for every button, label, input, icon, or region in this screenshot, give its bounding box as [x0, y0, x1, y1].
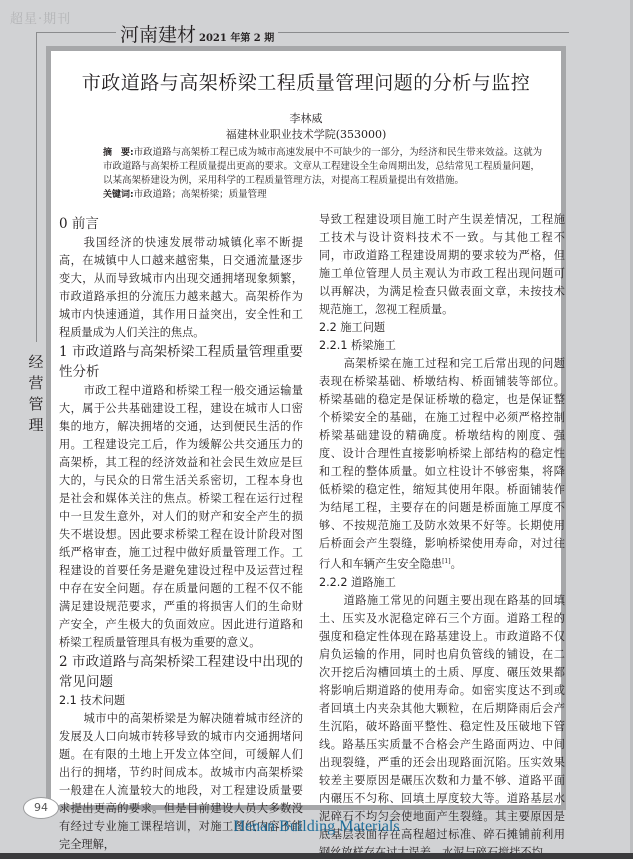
journal-header: 河南建材 2021 年第 2 期 [116, 20, 278, 47]
right-column: 导致工程建设项目施工时产生误差情况，工程施工技术与设计资料技术不一致。与其他工程… [319, 211, 565, 859]
bottom-edge [0, 853, 633, 859]
paragraph-text: 高架桥梁在施工过程和完工后常出现的问题表现在桥梁基础、桥墩结构、桥面铺装等部位。… [319, 357, 565, 571]
journal-issue: 2021 年第 2 期 [199, 29, 274, 44]
keywords-text: 市政道路；高架桥梁；质量管理 [134, 189, 267, 200]
subsection-heading-2-2-2: 2.2.2 道路施工 [319, 574, 565, 592]
paragraph: 我国经济的快速发展带动城镇化率不断提高，在城镇中人口越来越密集，日交通流量逐步变… [59, 234, 303, 342]
journal-english-title: Henan Building Materials [0, 818, 633, 836]
journal-name: 河南建材 [120, 20, 196, 47]
citation-ref[interactable]: [1] [442, 558, 451, 565]
section-side-label: 经营管理 [26, 352, 46, 436]
keywords: 关键词:市政道路；高架桥梁；质量管理 [103, 188, 543, 202]
left-column: 0 前言 我国经济的快速发展带动城镇化率不断提高，在城镇中人口越来越密集，日交通… [59, 214, 303, 854]
header-vertical-rule [36, 32, 37, 342]
article-author: 李林威 [51, 110, 561, 126]
paragraph: 高架桥梁在施工过程和完工后常出现的问题表现在桥梁基础、桥墩结构、桥面铺装等部位。… [319, 355, 565, 574]
watermark-text: 超星·期刊 [10, 8, 71, 27]
section-heading-0: 0 前言 [59, 214, 303, 234]
abstract-label: 摘 要: [103, 148, 134, 158]
abstract: 摘 要:市政道路与高架桥工程已成为城市高速发展中不可缺少的一部分，为经济和民生带… [103, 146, 543, 188]
subsection-heading-2-1: 2.1 技术问题 [59, 692, 303, 710]
section-heading-2: 2 市政道路与高架桥梁工程建设中出现的常见问题 [59, 652, 303, 692]
keywords-label: 关键词: [103, 190, 134, 200]
subsection-heading-2-2: 2.2 施工问题 [319, 319, 565, 337]
abstract-block: 摘 要:市政道路与高架桥工程已成为城市高速发展中不可缺少的一部分，为经济和民生带… [103, 146, 543, 202]
paragraph-end: 。 [451, 558, 462, 571]
header-rule-right [250, 32, 569, 33]
subsection-heading-2-2-1: 2.2.1 桥梁施工 [319, 337, 565, 355]
article-title: 市政道路与高架桥梁工程质量管理问题的分析与监控 [51, 68, 561, 95]
article-affiliation: 福建林业职业技术学院(353000) [51, 126, 561, 142]
paragraph: 市政工程中道路和桥梁工程一般交通运输量大，属于公共基础建设工程，建设在城市人口密… [59, 382, 303, 652]
abstract-text: 市政道路与高架桥工程已成为城市高速发展中不可缺少的一部分，为经济和民生带来效益。… [103, 147, 542, 186]
paragraph-continued: 导致工程建设项目施工时产生误差情况，工程施工技术与设计资料技术不一致。与其他工程… [319, 211, 565, 319]
page-number: 94 [23, 797, 59, 819]
section-heading-1: 1 市政道路与高架桥梁工程质量管理重要性分析 [59, 342, 303, 382]
article-page: 市政道路与高架桥梁工程质量管理问题的分析与监控 李林威 福建林业职业技术学院(3… [51, 51, 561, 805]
